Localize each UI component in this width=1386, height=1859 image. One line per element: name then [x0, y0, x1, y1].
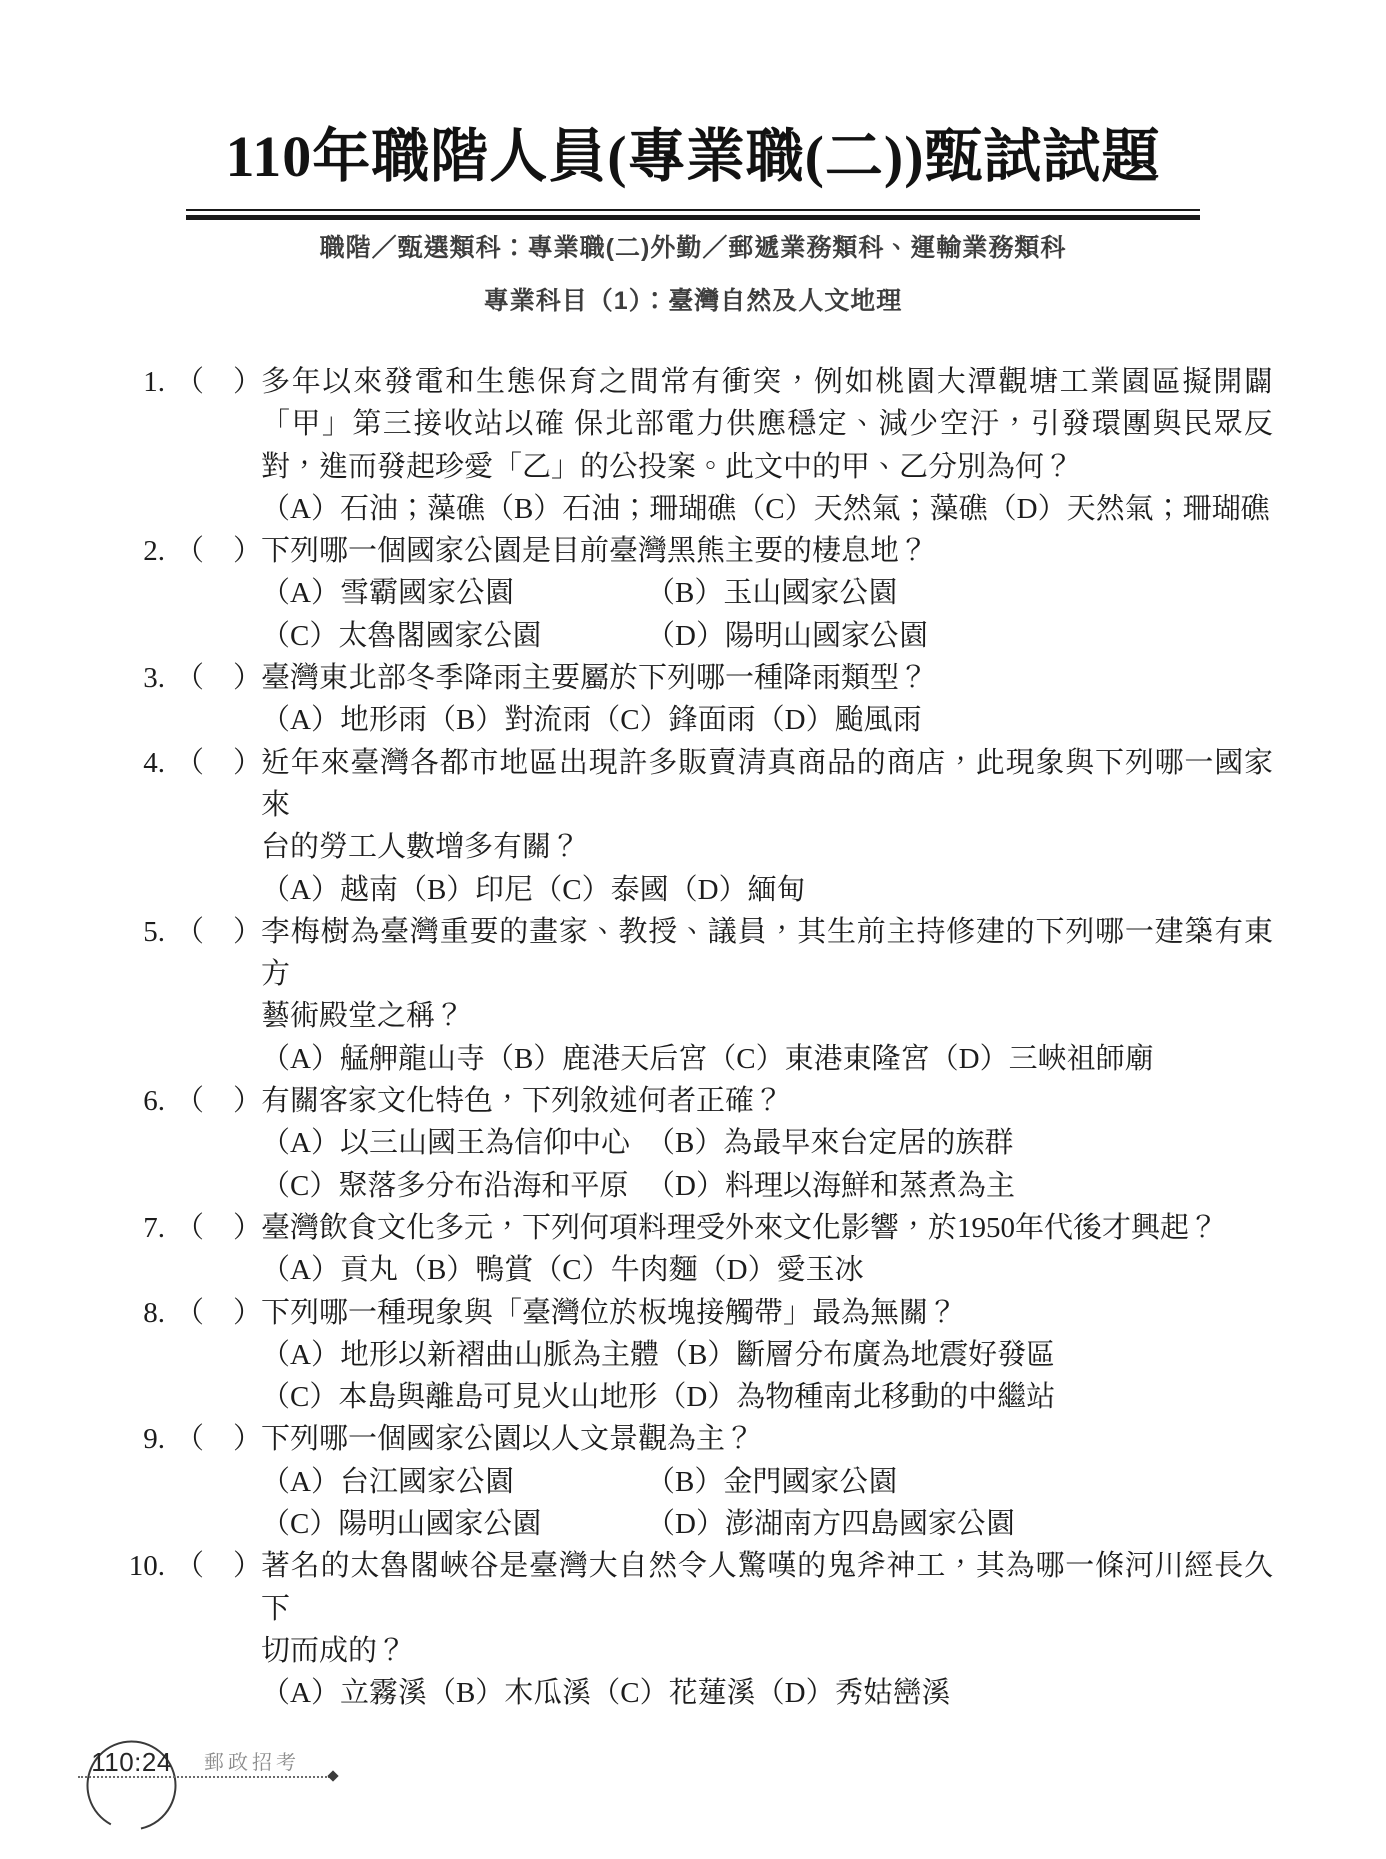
question-number: 5.	[110, 911, 165, 953]
footer-line-diamond-icon	[327, 1770, 338, 1781]
options-line: （A）雪霸國家公園（B）玉山國家公園	[261, 572, 1286, 614]
question-body: 近年來臺灣各都市地區出現許多販賣清真商品的商店，此現象與下列哪一國家來台的勞工人…	[261, 742, 1286, 911]
question-number: 9.	[110, 1418, 165, 1460]
option-col-b: （D）料理以海鮮和蒸煮為主	[646, 1165, 1015, 1207]
stem-line: 下列哪一個國家公園是目前臺灣黑熊主要的棲息地？	[261, 530, 1286, 572]
stem-line: 下列哪一種現象與「臺灣位於板塊接觸帶」最為無關？	[261, 1292, 1286, 1334]
exam-page: 110年職階人員(專業職(二))甄試試題 職階／甄選類科：專業職(二)外勤／郵遞…	[0, 0, 1386, 1859]
question-number: 8.	[110, 1292, 165, 1334]
question: 8.（ ）下列哪一種現象與「臺灣位於板塊接觸帶」最為無關？（A）地形以新褶曲山脈…	[110, 1292, 1286, 1419]
stem-line: 下列哪一個國家公園以人文景觀為主？	[261, 1418, 1286, 1460]
stem-line: 藝術殿堂之稱？	[261, 995, 1286, 1037]
footer-label: 郵政招考	[204, 1751, 300, 1775]
question: 3.（ ）臺灣東北部冬季降雨主要屬於下列哪一種降雨類型？（A）地形雨（B）對流雨…	[110, 657, 1286, 742]
option-col-b: （D）陽明山國家公園	[646, 615, 928, 657]
question-number: 4.	[110, 742, 165, 784]
option-col-b: （B）玉山國家公園	[646, 572, 897, 614]
question-body: 著名的太魯閣峽谷是臺灣大自然令人驚嘆的鬼斧神工，其為哪一條河川經長久下切而成的？…	[261, 1545, 1286, 1714]
option-col-a: （A）以三山國王為信仰中心	[261, 1122, 646, 1164]
page-badge-number: 110:24	[85, 1748, 178, 1776]
stem-line: 李梅樹為臺灣重要的畫家、教授、議員，其生前主持修建的下列哪一建築有東方	[261, 911, 1273, 996]
stem-line: 多年以來發電和生態保育之間常有衝突，例如桃園大潭觀塘工業園區擬開闢	[261, 361, 1273, 403]
question-number: 6.	[110, 1080, 165, 1122]
question-body: 臺灣飲食文化多元，下列何項料理受外來文化影響，於1950年代後才興起？（A）貢丸…	[261, 1207, 1286, 1292]
exam-subject-line: 專業科目（1）：臺灣自然及人文地理	[0, 285, 1386, 317]
options-line: （A）石油；藻礁（B）石油；珊瑚礁（C）天然氣；藻礁（D）天然氣；珊瑚礁	[261, 488, 1286, 530]
options-line: （A）以三山國王為信仰中心（B）為最早來台定居的族群	[261, 1122, 1286, 1164]
options-line: （C）本島與離島可見火山地形（D）為物種南北移動的中繼站	[261, 1376, 1286, 1418]
question: 2.（ ）下列哪一個國家公園是目前臺灣黑熊主要的棲息地？（A）雪霸國家公園（B）…	[110, 530, 1286, 657]
answer-blank: （ ）	[175, 1545, 261, 1587]
answer-blank: （ ）	[175, 361, 261, 403]
question-number: 2.	[110, 530, 165, 572]
options-line: （A）地形以新褶曲山脈為主體（B）斷層分布廣為地震好發區	[261, 1334, 1286, 1376]
stem-line: 有關客家文化特色，下列敘述何者正確？	[261, 1080, 1286, 1122]
answer-blank: （ ）	[175, 657, 261, 699]
page-title: 110年職階人員(專業職(二))甄試試題	[0, 118, 1386, 196]
options-line: （C）陽明山國家公園（D）澎湖南方四島國家公園	[261, 1503, 1286, 1545]
stem-line: 台的勞工人數增多有關？	[261, 826, 1286, 868]
question: 10.（ ）著名的太魯閣峽谷是臺灣大自然令人驚嘆的鬼斧神工，其為哪一條河川經長久…	[110, 1545, 1286, 1714]
answer-blank: （ ）	[175, 1292, 261, 1334]
options-line: （C）太魯閣國家公園（D）陽明山國家公園	[261, 615, 1286, 657]
stem-line: 切而成的？	[261, 1630, 1286, 1672]
question: 7.（ ）臺灣飲食文化多元，下列何項料理受外來文化影響，於1950年代後才興起？…	[110, 1207, 1286, 1292]
question-number: 3.	[110, 657, 165, 699]
question-number: 10.	[110, 1545, 165, 1587]
option-col-a: （C）聚落多分布沿海和平原	[261, 1165, 646, 1207]
answer-blank: （ ）	[175, 1080, 261, 1122]
question-body: 下列哪一種現象與「臺灣位於板塊接觸帶」最為無關？（A）地形以新褶曲山脈為主體（B…	[261, 1292, 1286, 1419]
footer-dotted-line	[78, 1776, 330, 1778]
stem-line: 近年來臺灣各都市地區出現許多販賣清真商品的商店，此現象與下列哪一國家來	[261, 742, 1273, 827]
question: 5.（ ）李梅樹為臺灣重要的畫家、教授、議員，其生前主持修建的下列哪一建築有東方…	[110, 911, 1286, 1080]
option-col-a: （C）陽明山國家公園	[261, 1503, 646, 1545]
question-number: 7.	[110, 1207, 165, 1249]
options-line: （A）艋舺龍山寺（B）鹿港天后宮（C）東港東隆宮（D）三峽祖師廟	[261, 1038, 1286, 1080]
stem-line: 臺灣東北部冬季降雨主要屬於下列哪一種降雨類型？	[261, 657, 1286, 699]
option-col-a: （A）台江國家公園	[261, 1461, 646, 1503]
question-body: 下列哪一個國家公園是目前臺灣黑熊主要的棲息地？（A）雪霸國家公園（B）玉山國家公…	[261, 530, 1286, 657]
title-double-rule	[186, 209, 1200, 220]
option-col-b: （D）澎湖南方四島國家公園	[646, 1503, 1015, 1545]
options-line: （C）聚落多分布沿海和平原（D）料理以海鮮和蒸煮為主	[261, 1165, 1286, 1207]
stem-line: 臺灣飲食文化多元，下列何項料理受外來文化影響，於1950年代後才興起？	[261, 1207, 1286, 1249]
question: 1.（ ）多年以來發電和生態保育之間常有衝突，例如桃園大潭觀塘工業園區擬開闢「甲…	[110, 361, 1286, 530]
answer-blank: （ ）	[175, 1207, 261, 1249]
option-col-a: （A）雪霸國家公園	[261, 572, 646, 614]
option-col-b: （B）金門國家公園	[646, 1461, 897, 1503]
answer-blank: （ ）	[175, 911, 261, 953]
option-col-a: （C）太魯閣國家公園	[261, 615, 646, 657]
question-body: 臺灣東北部冬季降雨主要屬於下列哪一種降雨類型？（A）地形雨（B）對流雨（C）鋒面…	[261, 657, 1286, 742]
question-body: 多年以來發電和生態保育之間常有衝突，例如桃園大潭觀塘工業園區擬開闢「甲」第三接收…	[261, 361, 1286, 530]
options-line: （A）貢丸（B）鴨賞（C）牛肉麵（D）愛玉冰	[261, 1249, 1286, 1291]
answer-blank: （ ）	[175, 530, 261, 572]
stem-line: 「甲」第三接收站以確 保北部電力供應穩定、減少空汙，引發環團與民眾反	[261, 403, 1273, 445]
question-body: 下列哪一個國家公園以人文景觀為主？（A）台江國家公園（B）金門國家公園（C）陽明…	[261, 1418, 1286, 1545]
stem-line: 對，進而發起珍愛「乙」的公投案。此文中的甲、乙分別為何？	[261, 446, 1286, 488]
options-line: （A）台江國家公園（B）金門國家公園	[261, 1461, 1286, 1503]
options-line: （A）地形雨（B）對流雨（C）鋒面雨（D）颱風雨	[261, 699, 1286, 741]
question: 4.（ ）近年來臺灣各都市地區出現許多販賣清真商品的商店，此現象與下列哪一國家來…	[110, 742, 1286, 911]
question-body: 有關客家文化特色，下列敘述何者正確？（A）以三山國王為信仰中心（B）為最早來台定…	[261, 1080, 1286, 1207]
exam-category-line: 職階／甄選類科：專業職(二)外勤／郵遞業務類科、運輸業務類科	[0, 232, 1386, 264]
answer-blank: （ ）	[175, 1418, 261, 1460]
options-line: （A）越南（B）印尼（C）泰國（D）緬甸	[261, 869, 1286, 911]
option-col-b: （B）為最早來台定居的族群	[646, 1122, 1013, 1164]
options-line: （A）立霧溪（B）木瓜溪（C）花蓮溪（D）秀姑巒溪	[261, 1672, 1286, 1714]
question: 6.（ ）有關客家文化特色，下列敘述何者正確？（A）以三山國王為信仰中心（B）為…	[110, 1080, 1286, 1207]
answer-blank: （ ）	[175, 742, 261, 784]
stem-line: 著名的太魯閣峽谷是臺灣大自然令人驚嘆的鬼斧神工，其為哪一條河川經長久下	[261, 1545, 1273, 1630]
question-body: 李梅樹為臺灣重要的畫家、教授、議員，其生前主持修建的下列哪一建築有東方藝術殿堂之…	[261, 911, 1286, 1080]
question-list: 1.（ ）多年以來發電和生態保育之間常有衝突，例如桃園大潭觀塘工業園區擬開闢「甲…	[110, 361, 1286, 1715]
question: 9.（ ）下列哪一個國家公園以人文景觀為主？（A）台江國家公園（B）金門國家公園…	[110, 1418, 1286, 1545]
question-number: 1.	[110, 361, 165, 403]
